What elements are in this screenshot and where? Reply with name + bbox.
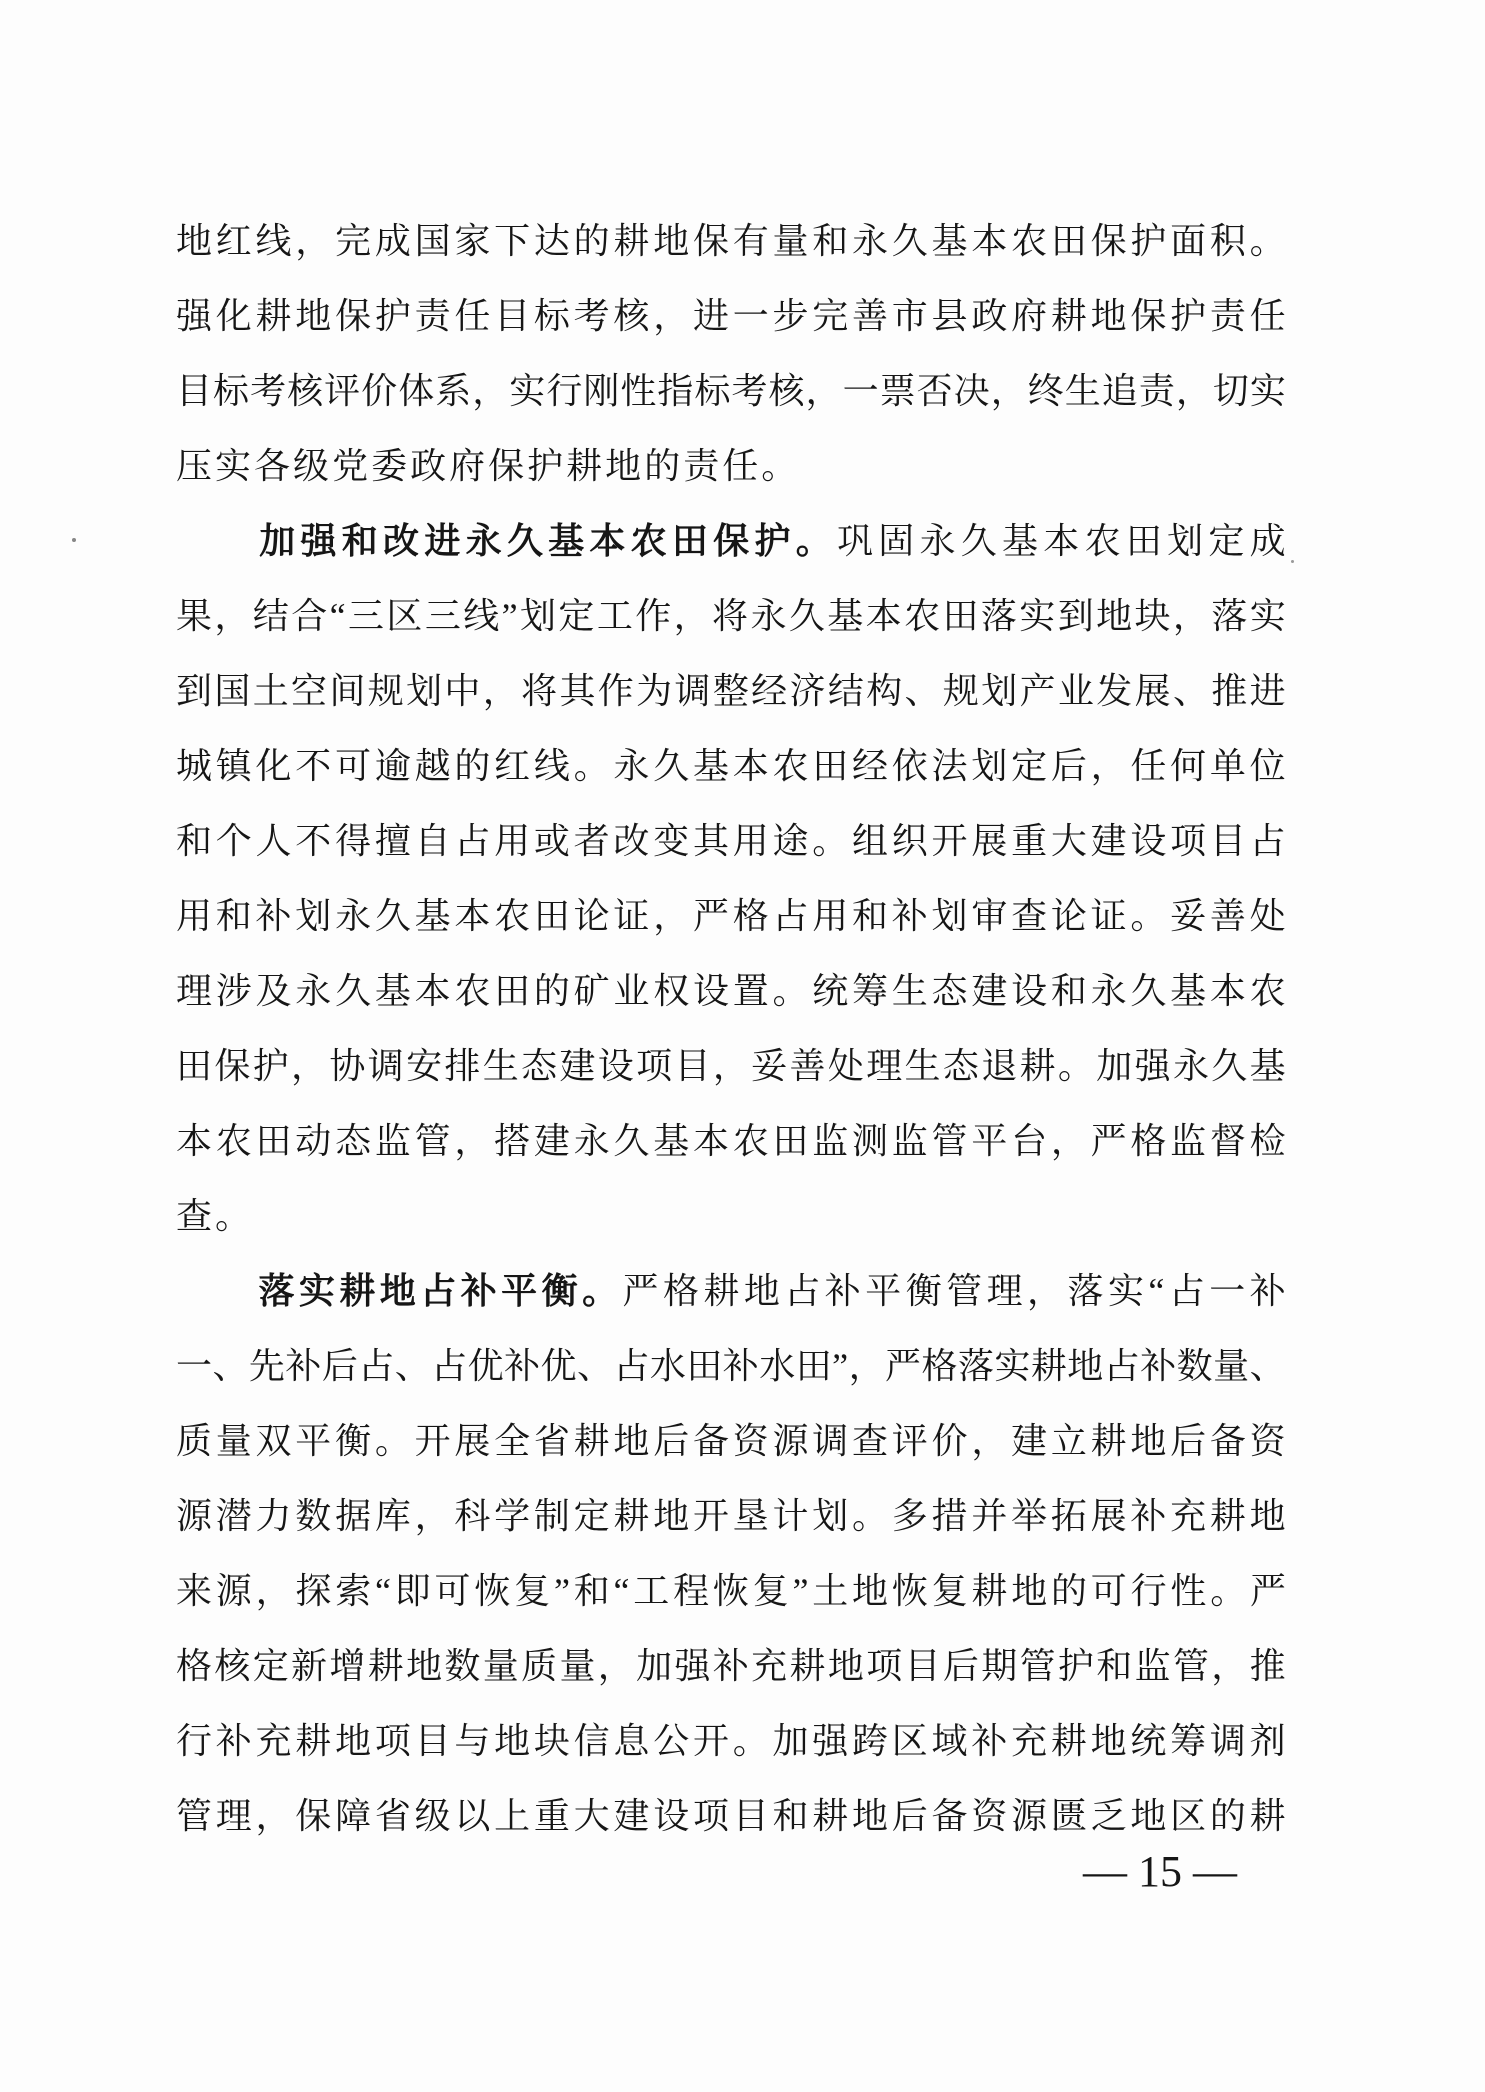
character: 得 bbox=[335, 823, 371, 859]
character: 措 bbox=[932, 1498, 968, 1534]
character: 考 bbox=[574, 298, 610, 334]
character: 监 bbox=[892, 1123, 928, 1159]
character: “ bbox=[330, 598, 346, 634]
character: 地 bbox=[1130, 1798, 1166, 1834]
character: 项 bbox=[866, 1648, 902, 1684]
character: 处 bbox=[828, 1048, 864, 1084]
character: 期 bbox=[981, 1648, 1017, 1684]
character: 本 bbox=[1043, 523, 1079, 559]
character: 委 bbox=[371, 448, 407, 484]
character: 将 bbox=[521, 673, 557, 709]
character: 划 bbox=[1167, 523, 1203, 559]
character: 基 bbox=[415, 898, 451, 934]
character: 田 bbox=[812, 748, 848, 784]
character: 省 bbox=[534, 1423, 570, 1459]
character: 党 bbox=[332, 448, 368, 484]
character: 来 bbox=[176, 1573, 212, 1609]
character: 级 bbox=[293, 448, 329, 484]
character: 产 bbox=[1020, 673, 1056, 709]
character: 地 bbox=[1091, 298, 1127, 334]
character: 平 bbox=[295, 1423, 331, 1459]
character: 与 bbox=[454, 1723, 490, 1759]
character: 恢 bbox=[892, 1573, 928, 1609]
character: 复 bbox=[932, 1573, 968, 1609]
character: ， bbox=[1091, 748, 1127, 784]
bold-character: 改 bbox=[383, 523, 419, 559]
character: 永 bbox=[613, 748, 649, 784]
character: 大 bbox=[574, 1798, 610, 1834]
character: 步 bbox=[772, 298, 808, 334]
character: ， bbox=[1176, 373, 1212, 409]
character: 水 bbox=[650, 1348, 686, 1384]
character: 本 bbox=[971, 223, 1007, 259]
character: 搭 bbox=[494, 1123, 530, 1159]
character: 指 bbox=[657, 373, 693, 409]
character: 制 bbox=[534, 1498, 570, 1534]
character: 合 bbox=[291, 598, 327, 634]
character: 一 bbox=[176, 1348, 212, 1384]
character: 和 bbox=[574, 1573, 610, 1609]
character: 管 bbox=[176, 1798, 212, 1834]
character: 补 bbox=[971, 1723, 1007, 1759]
character: 占 bbox=[1104, 1348, 1140, 1384]
character: 标 bbox=[213, 373, 249, 409]
character: 耕 bbox=[566, 448, 602, 484]
character: 定 bbox=[558, 598, 594, 634]
character: 耕 bbox=[1210, 1498, 1246, 1534]
character: 监 bbox=[375, 1123, 411, 1159]
text-line: 源潜力数据库，科学制定耕地开垦计划。多措并举拓展补充耕地 bbox=[176, 1478, 1286, 1553]
character: 严 bbox=[1091, 1123, 1127, 1159]
character: 大 bbox=[1051, 823, 1087, 859]
text-line: 强化耕地保护责任目标考核，进一步完善市县政府耕地保护责任 bbox=[176, 278, 1286, 353]
character: 红 bbox=[216, 223, 252, 259]
character: 后 bbox=[653, 1423, 689, 1459]
character: 划 bbox=[406, 673, 442, 709]
character: 跨 bbox=[852, 1723, 888, 1759]
character: 耕 bbox=[1051, 298, 1087, 334]
character: 任 bbox=[1130, 748, 1166, 784]
character: 耕 bbox=[812, 1798, 848, 1834]
character: 垦 bbox=[733, 1498, 769, 1534]
character: 实 bbox=[1250, 598, 1286, 634]
character: 加 bbox=[772, 1723, 808, 1759]
character: 态 bbox=[521, 1048, 557, 1084]
character: 久 bbox=[375, 898, 411, 934]
paragraph-indent bbox=[176, 540, 254, 541]
character: 久 bbox=[613, 1123, 649, 1159]
character: 强 bbox=[812, 1723, 848, 1759]
character: 价 bbox=[361, 373, 397, 409]
character: 田 bbox=[686, 1348, 722, 1384]
character: 补 bbox=[825, 1273, 861, 1309]
bold-character: 久 bbox=[507, 523, 543, 559]
character: 地 bbox=[613, 1423, 649, 1459]
character: 强 bbox=[176, 298, 212, 334]
character: 久 bbox=[892, 223, 928, 259]
character: 地 bbox=[1011, 1573, 1047, 1609]
character: 建 bbox=[1091, 823, 1127, 859]
character: 严 bbox=[623, 1273, 659, 1309]
character: 实 bbox=[215, 448, 251, 484]
character: 标 bbox=[534, 298, 570, 334]
character: 严 bbox=[1250, 1573, 1286, 1609]
character: 评 bbox=[324, 373, 360, 409]
character: 源 bbox=[1011, 1798, 1047, 1834]
character: 建 bbox=[1011, 1423, 1047, 1459]
character: 越 bbox=[415, 748, 451, 784]
character: 域 bbox=[932, 1723, 968, 1759]
character: 级 bbox=[415, 1798, 451, 1834]
character: 查 bbox=[176, 1198, 212, 1234]
character: ， bbox=[214, 598, 250, 634]
character: 规 bbox=[368, 673, 404, 709]
character: 基 bbox=[693, 748, 729, 784]
character: 田 bbox=[942, 598, 978, 634]
character: 一 bbox=[733, 298, 769, 334]
character: 田 bbox=[256, 1123, 292, 1159]
character: 国 bbox=[415, 223, 451, 259]
character: 国 bbox=[214, 673, 250, 709]
character: 政 bbox=[410, 448, 446, 484]
character: 水 bbox=[759, 1348, 795, 1384]
character: 保 bbox=[1130, 298, 1166, 334]
character: ， bbox=[415, 1498, 451, 1534]
character: 调 bbox=[368, 1048, 404, 1084]
character: 划 bbox=[932, 898, 968, 934]
character: 积 bbox=[1210, 223, 1246, 259]
character: 地 bbox=[852, 1573, 888, 1609]
character: 镇 bbox=[216, 748, 252, 784]
character: 区 bbox=[892, 1723, 928, 1759]
character: 多 bbox=[892, 1498, 928, 1534]
character: 加 bbox=[1096, 1048, 1132, 1084]
character: 耕 bbox=[1031, 1348, 1067, 1384]
character: 程 bbox=[673, 1573, 709, 1609]
character: 和 bbox=[176, 823, 212, 859]
character: 生 bbox=[1065, 373, 1101, 409]
character: 农 bbox=[772, 748, 808, 784]
text-line: 用和补划永久基本农田论证，严格占用和补划审查论证。妥善处 bbox=[176, 878, 1286, 953]
character: 。 bbox=[733, 1723, 769, 1759]
character: 构 bbox=[866, 673, 902, 709]
character: 化 bbox=[216, 298, 252, 334]
character: 价 bbox=[932, 1423, 968, 1459]
character: 终 bbox=[1028, 373, 1064, 409]
character: 保 bbox=[214, 1048, 250, 1084]
character: 后 bbox=[943, 1648, 979, 1684]
character: 矿 bbox=[574, 973, 610, 1009]
character: 地 bbox=[1250, 1498, 1286, 1534]
character: 补 bbox=[504, 1348, 540, 1384]
character: 依 bbox=[892, 748, 928, 784]
character: 理 bbox=[866, 1048, 902, 1084]
character: 。 bbox=[772, 973, 808, 1009]
character: 行 bbox=[546, 373, 582, 409]
character: 基 bbox=[375, 973, 411, 1009]
character: 权 bbox=[653, 973, 689, 1009]
character: 基 bbox=[1002, 523, 1038, 559]
character: 划 bbox=[812, 1498, 848, 1534]
text-line: 本农田动态监管，搭建永久基本农田监测监管平台，严格监督检 bbox=[176, 1103, 1286, 1178]
character: 管 bbox=[946, 1273, 982, 1309]
character: 的 bbox=[644, 448, 680, 484]
character: 管 bbox=[1020, 1648, 1056, 1684]
character: 的 bbox=[574, 223, 610, 259]
character: 力 bbox=[256, 1498, 292, 1534]
character: 考 bbox=[250, 373, 286, 409]
character: 空 bbox=[291, 673, 327, 709]
character: ， bbox=[971, 1423, 1007, 1459]
character: 可 bbox=[1091, 1573, 1127, 1609]
character: 重 bbox=[1011, 823, 1047, 859]
character: 调 bbox=[812, 1423, 848, 1459]
character: 督 bbox=[1210, 1123, 1246, 1159]
character: 结 bbox=[828, 673, 864, 709]
character: 态 bbox=[943, 1048, 979, 1084]
character: 作 bbox=[635, 598, 671, 634]
character: 耕 bbox=[613, 1498, 649, 1534]
character: 土 bbox=[253, 673, 289, 709]
character: 性 bbox=[1170, 1573, 1206, 1609]
character: 后 bbox=[1051, 748, 1087, 784]
character: 。 bbox=[1250, 223, 1286, 259]
character: 标 bbox=[694, 373, 730, 409]
character: 责 bbox=[415, 298, 451, 334]
character: 管 bbox=[415, 1123, 451, 1159]
character: 探 bbox=[295, 1573, 331, 1609]
character: 地 bbox=[1096, 598, 1132, 634]
character: 备 bbox=[693, 1423, 729, 1459]
character: 台 bbox=[1011, 1123, 1047, 1159]
character: 开 bbox=[415, 1423, 451, 1459]
character: 久 bbox=[961, 523, 997, 559]
character: 济 bbox=[790, 673, 826, 709]
character: 耕 bbox=[703, 1273, 739, 1309]
character: 自 bbox=[415, 823, 451, 859]
character: 量 bbox=[216, 1423, 252, 1459]
bold-character: 占 bbox=[420, 1273, 456, 1309]
character: 线 bbox=[534, 748, 570, 784]
character: 行 bbox=[176, 1723, 212, 1759]
character: 票 bbox=[880, 373, 916, 409]
character: 系 bbox=[435, 373, 471, 409]
character: ” bbox=[832, 1348, 848, 1384]
character: 地 bbox=[852, 1798, 888, 1834]
text-line: 果，结合“三区三线”划定工作，将永久基本农田落实到地块，落实 bbox=[176, 578, 1286, 653]
character: 块 bbox=[1135, 598, 1171, 634]
document-page: 地红线，完成国家下达的耕地保有量和永久基本农田保护面积。强化耕地保护责任目标考核… bbox=[0, 0, 1485, 2092]
bold-character: 耕 bbox=[339, 1273, 375, 1309]
character: 占 bbox=[431, 1348, 467, 1384]
character: 后 bbox=[1170, 1423, 1206, 1459]
character: 的 bbox=[1210, 1798, 1246, 1834]
character: 调 bbox=[1210, 1723, 1246, 1759]
character: 擅 bbox=[375, 823, 411, 859]
character: 和 bbox=[216, 898, 252, 934]
character: 格 bbox=[663, 1273, 699, 1309]
character: 三 bbox=[425, 598, 461, 634]
character: 补 bbox=[1140, 1348, 1176, 1384]
character: 本 bbox=[415, 973, 451, 1009]
character: 实 bbox=[509, 373, 545, 409]
character: 理 bbox=[216, 1798, 252, 1834]
character: 的 bbox=[454, 748, 490, 784]
character: 农 bbox=[1085, 523, 1121, 559]
character: 永 bbox=[920, 523, 956, 559]
character: 定 bbox=[253, 1648, 289, 1684]
character: ， bbox=[256, 1798, 292, 1834]
character: 理 bbox=[176, 973, 212, 1009]
character: 衡 bbox=[335, 1423, 371, 1459]
character: 展 bbox=[971, 823, 1007, 859]
character: 变 bbox=[653, 823, 689, 859]
character: 三 bbox=[348, 598, 384, 634]
character: ， bbox=[483, 673, 519, 709]
character: ， bbox=[1173, 598, 1209, 634]
character: 落 bbox=[958, 1348, 994, 1384]
character: 永 bbox=[852, 223, 888, 259]
character: 生 bbox=[483, 1048, 519, 1084]
character: 各 bbox=[254, 448, 290, 484]
character: 息 bbox=[613, 1723, 649, 1759]
text-line: 理涉及永久基本农田的矿业权设置。统筹生态建设和永久基本农 bbox=[176, 953, 1286, 1028]
character: 农 bbox=[1011, 223, 1047, 259]
character: 评 bbox=[892, 1423, 928, 1459]
character: 即 bbox=[395, 1573, 431, 1609]
character: 耕 bbox=[256, 298, 292, 334]
bold-character: 保 bbox=[713, 523, 749, 559]
character: 责 bbox=[683, 448, 719, 484]
page-footer: — 15 — bbox=[1083, 1850, 1237, 1894]
character: 成 bbox=[1250, 523, 1286, 559]
character: 核 bbox=[214, 1648, 250, 1684]
character: 保 bbox=[1091, 223, 1127, 259]
character: 不 bbox=[295, 823, 331, 859]
character: 田 bbox=[494, 973, 530, 1009]
character: 基 bbox=[1170, 973, 1206, 1009]
character: 刚 bbox=[583, 373, 619, 409]
character: 政 bbox=[971, 298, 1007, 334]
character: 任 bbox=[454, 298, 490, 334]
character: ， bbox=[291, 1048, 327, 1084]
character: 实 bbox=[1250, 373, 1286, 409]
character: 保 bbox=[295, 1798, 331, 1834]
character: 。 bbox=[375, 1423, 411, 1459]
character: 、 bbox=[1173, 673, 1209, 709]
text-line: 田保护，协调安排生态建设项目，妥善处理生态退耕。加强永久基 bbox=[176, 1028, 1286, 1103]
character: 新 bbox=[291, 1648, 327, 1684]
character: 农 bbox=[454, 973, 490, 1009]
character: 区 bbox=[386, 598, 422, 634]
character: 审 bbox=[971, 898, 1007, 934]
character: 追 bbox=[1102, 373, 1138, 409]
character: ， bbox=[454, 1123, 490, 1159]
character: 优 bbox=[468, 1348, 504, 1384]
character: 责 bbox=[1139, 373, 1175, 409]
character: 严 bbox=[693, 898, 729, 934]
character: 开 bbox=[932, 823, 968, 859]
character: 久 bbox=[653, 748, 689, 784]
character: 途 bbox=[772, 823, 808, 859]
character: 开 bbox=[693, 1723, 729, 1759]
character: 源 bbox=[772, 1423, 808, 1459]
character: 信 bbox=[574, 1723, 610, 1759]
character: 农 bbox=[1250, 973, 1286, 1009]
bold-character: 加 bbox=[259, 523, 295, 559]
character: 查 bbox=[1011, 898, 1047, 934]
character: 责 bbox=[1210, 298, 1246, 334]
character: 匮 bbox=[1051, 1798, 1087, 1834]
bold-character: 实 bbox=[299, 1273, 335, 1309]
character: 及 bbox=[256, 973, 292, 1009]
character: 和 bbox=[1096, 1648, 1132, 1684]
character: 备 bbox=[1210, 1423, 1246, 1459]
character: 科 bbox=[454, 1498, 490, 1534]
character: 后 bbox=[322, 1348, 358, 1384]
character: 不 bbox=[295, 748, 331, 784]
character: 理 bbox=[987, 1273, 1023, 1309]
character: 农 bbox=[733, 1123, 769, 1159]
character: 退 bbox=[981, 1048, 1017, 1084]
character: 重 bbox=[534, 1798, 570, 1834]
character: 地 bbox=[494, 1723, 530, 1759]
character: 人 bbox=[256, 823, 292, 859]
character: 充 bbox=[751, 1648, 787, 1684]
bold-character: 。 bbox=[796, 523, 832, 559]
character: ， bbox=[598, 1648, 634, 1684]
character: 补 bbox=[892, 898, 928, 934]
character: 工 bbox=[633, 1573, 669, 1609]
text-line: 来源，探索“即可恢复”和“工程恢复”土地恢复耕地的可行性。严 bbox=[176, 1553, 1286, 1628]
character: 为 bbox=[636, 673, 672, 709]
character: 经 bbox=[852, 748, 888, 784]
character: 切 bbox=[1213, 373, 1249, 409]
character: 可 bbox=[335, 748, 371, 784]
text-line: 格核定新增耕地数量质量，加强补充耕地项目后期管护和监管，推 bbox=[176, 1628, 1286, 1703]
character: 划 bbox=[295, 898, 331, 934]
text-line: 目标考核评价体系，实行刚性指标考核，一票否决，终生追责，切实 bbox=[176, 353, 1286, 428]
character: 统 bbox=[1130, 1723, 1166, 1759]
text-block: 地红线，完成国家下达的耕地保有量和永久基本农田保护面积。强化耕地保护责任目标考核… bbox=[176, 203, 1286, 1853]
character: 态 bbox=[932, 973, 968, 1009]
character: 规 bbox=[943, 673, 979, 709]
character: 管 bbox=[932, 1123, 968, 1159]
character: ， bbox=[256, 1573, 292, 1609]
character: 织 bbox=[892, 823, 928, 859]
character: ” bbox=[502, 598, 518, 634]
character: 落 bbox=[981, 598, 1017, 634]
character: 项 bbox=[693, 1798, 729, 1834]
character: 永 bbox=[750, 598, 786, 634]
character: 用 bbox=[176, 898, 212, 934]
character: 基 bbox=[1250, 1048, 1286, 1084]
character: 永 bbox=[574, 1123, 610, 1159]
character: 业 bbox=[613, 973, 649, 1009]
character: 。 bbox=[812, 823, 848, 859]
character: 立 bbox=[1051, 1423, 1087, 1459]
character: 县 bbox=[932, 298, 968, 334]
character: “ bbox=[375, 1573, 391, 1609]
character: 块 bbox=[534, 1723, 570, 1759]
character: 的 bbox=[534, 973, 570, 1009]
character: 数 bbox=[1177, 1348, 1213, 1384]
bold-character: 落 bbox=[258, 1273, 294, 1309]
character: 、 bbox=[905, 673, 941, 709]
character: 展 bbox=[1091, 1498, 1127, 1534]
character: 定 bbox=[1208, 523, 1244, 559]
character: 善 bbox=[852, 298, 888, 334]
